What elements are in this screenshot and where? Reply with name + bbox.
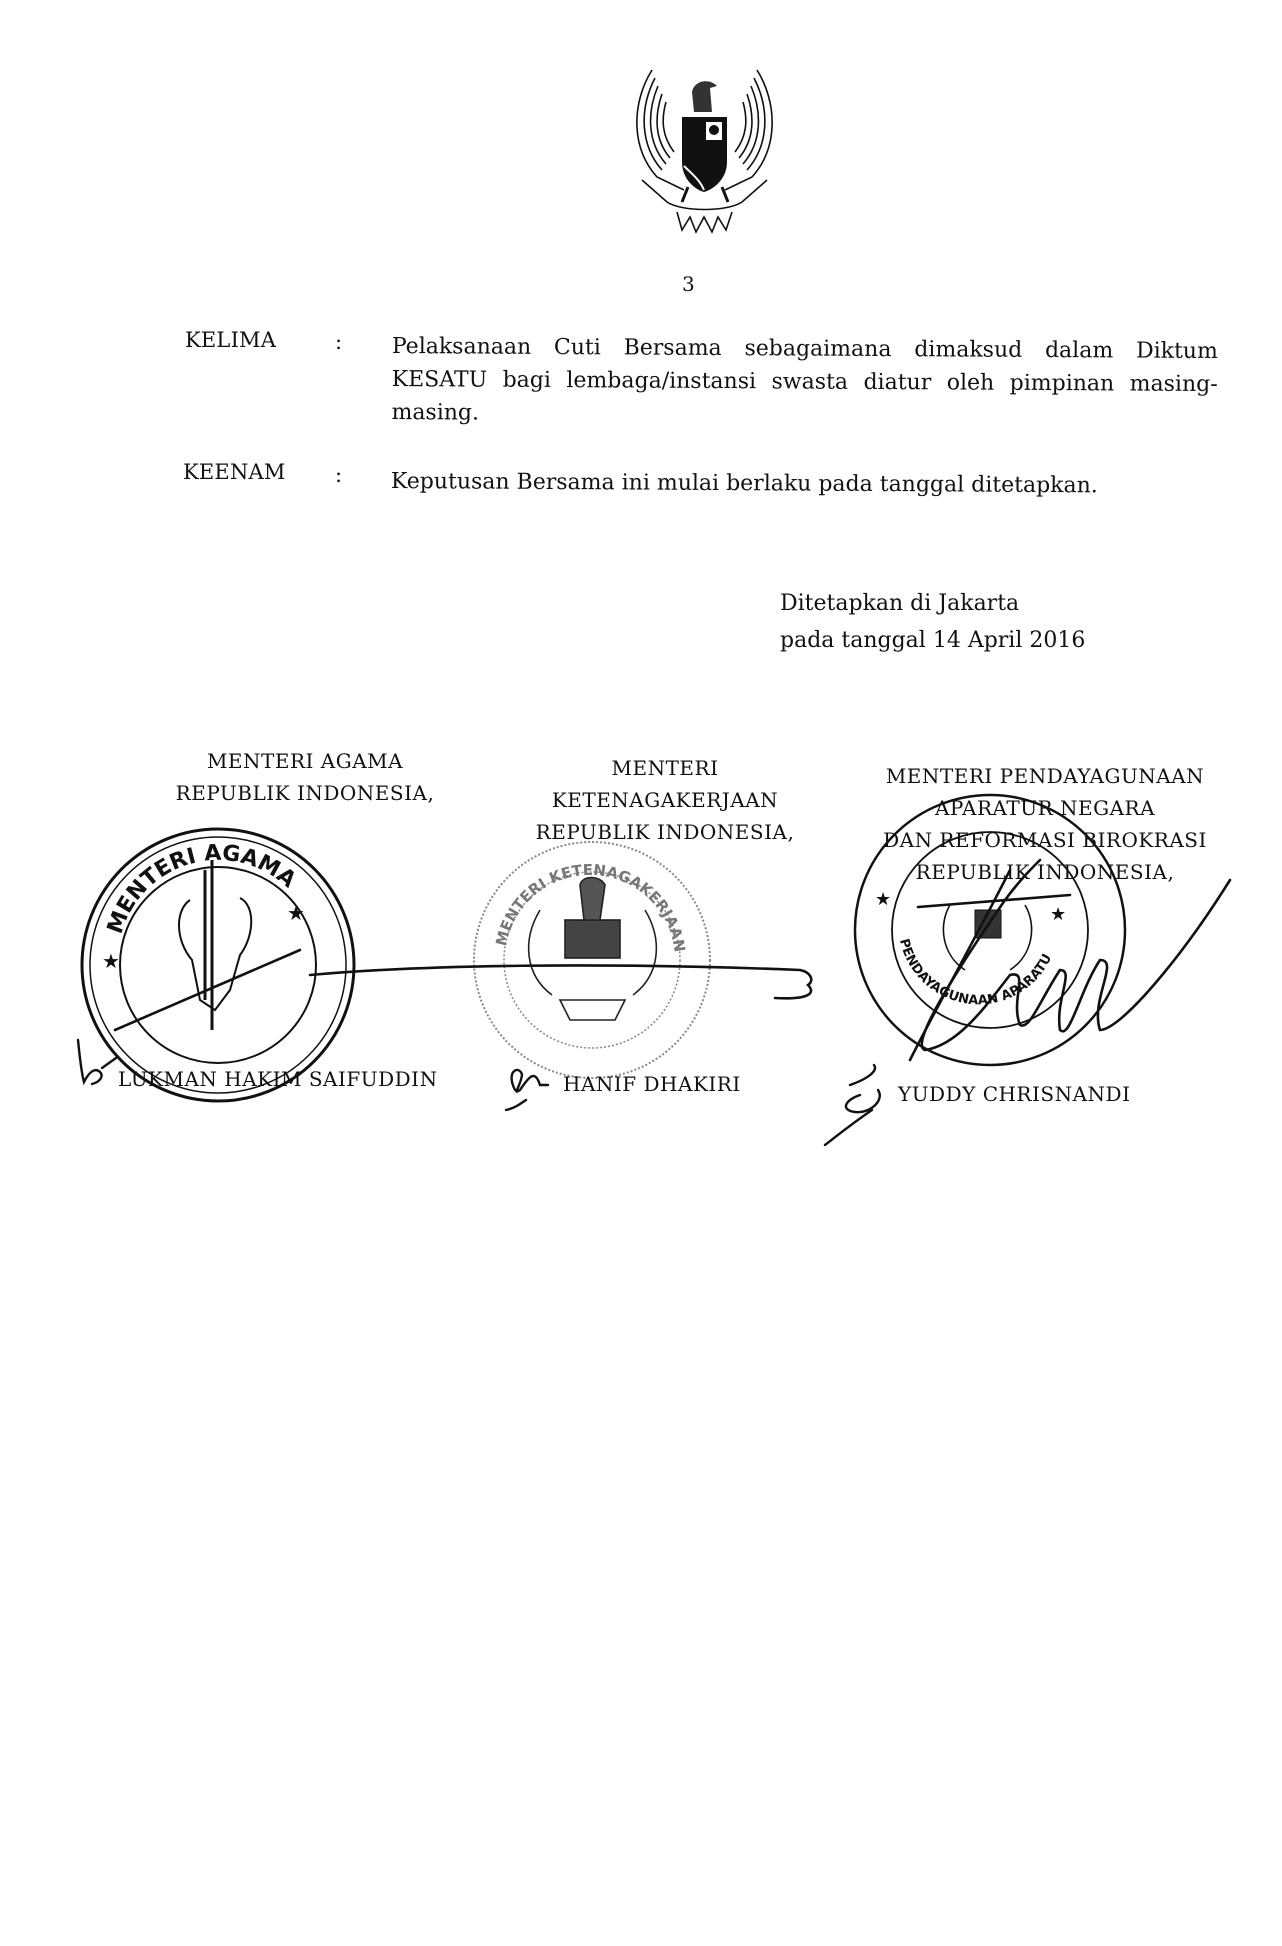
svg-text:★: ★ bbox=[102, 949, 120, 973]
stamp-panrb-icon: ★ ★ bbox=[855, 795, 1125, 1065]
svg-text:MENTERI AGAMA: MENTERI AGAMA bbox=[103, 841, 301, 937]
signatory-name-agama: LUKMAN HAKIM SAIFUDDIN bbox=[118, 1067, 438, 1091]
paraf-icon bbox=[78, 1040, 880, 1145]
svg-text:★: ★ bbox=[287, 901, 305, 925]
svg-text:★: ★ bbox=[875, 889, 891, 910]
stamps-and-signatures: ★ ★ MENTERI AGAMA MENTERI KETENAGAKERJAA… bbox=[0, 0, 1282, 1946]
signatory-name-ketenagakerjaan: HANIF DHAKIRI bbox=[563, 1072, 741, 1096]
stamp-agama-icon: ★ ★ bbox=[82, 829, 354, 1101]
stamp-ketenagakerjaan-emblem-icon bbox=[529, 878, 657, 1021]
signatory-name-panrb: YUDDY CHRISNANDI bbox=[898, 1082, 1130, 1106]
svg-text:★: ★ bbox=[1050, 904, 1066, 925]
